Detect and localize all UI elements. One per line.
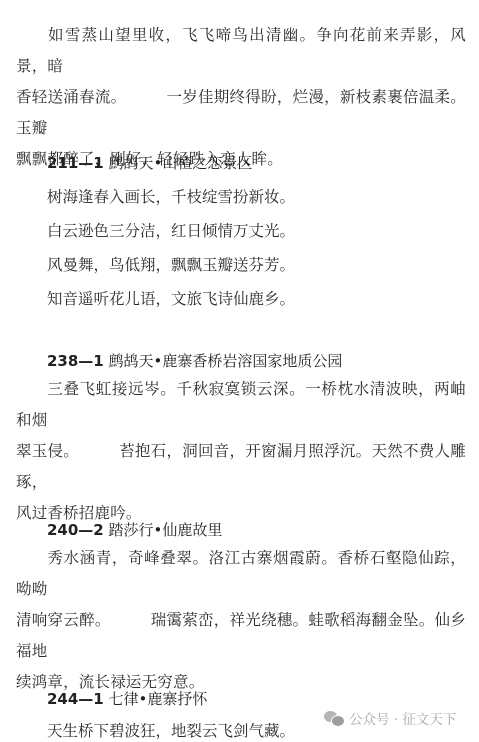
intro-line-2a: 香轻送涌春流。 [16,88,126,106]
verse-line: 知音遥听花儿语，文旅飞诗仙鹿乡。 [47,289,295,309]
section-title: 鹧鸪天•鹿寨香桥岩溶国家地质公园 [109,352,343,370]
watermark-text: 公众号 · 征文天下 [349,708,456,728]
section-title: 鹧鸪天•山楂之恋景区 [109,154,253,172]
verse-line: 树海逢春入画长，千枝绽雪扮新妆。 [47,187,295,207]
verse-line: 风曼舞，鸟低翔，飘飘玉瓣送芬芳。 [47,255,295,275]
wechat-icon [324,711,344,726]
poem-line-1: 三叠飞虹接远岑。千秋寂寞锁云深。一桥枕水清波映，两岫和烟 [16,380,466,429]
poem-paragraph-238-1: 三叠飞虹接远岑。千秋寂寞锁云深。一桥枕水清波映，两岫和烟翠玉侵。苔抱石，洞回音，… [16,374,466,529]
poem-line-2a: 清响穿云醉。 [16,611,111,629]
poem-line-1: 秀水涵青，奇峰叠翠。洛江古寨烟霞蔚。香桥石壑隐仙踪，呦呦 [16,549,466,598]
section-title: 踏莎行•仙鹿故里 [109,521,223,539]
verse-line: 天生桥下碧波狂，地裂云飞剑气藏。 [47,721,295,741]
intro-paragraph: 如雪蒸山望里收，飞飞啼鸟出清幽。争向花前来弄影，风景，暗香轻送涌春流。一岁佳期终… [16,20,466,175]
section-heading-240-2: 240—2 踏莎行•仙鹿故里 [47,520,222,540]
section-heading-244-1: 244—1 七律•鹿寨抒怀 [47,689,207,709]
section-number: 240—2 [47,521,104,539]
section-heading-211-1: 211—1 鹧鸪天•山楂之恋景区 [47,153,252,173]
poem-line-2b: 苔抱石，洞回音，开窗漏月照浮沉。天然不费人雕琢， [16,442,466,491]
poem-paragraph-240-2: 秀水涵青，奇峰叠翠。洛江古寨烟霞蔚。香桥石壑隐仙踪，呦呦清响穿云醉。瑞霭萦峦，祥… [16,543,466,698]
section-number: 211—1 [47,154,104,172]
section-number: 244—1 [47,690,104,708]
intro-line-1: 如雪蒸山望里收，飞飞啼鸟出清幽。争向花前来弄影，风景，暗 [16,26,466,75]
document-page: 如雪蒸山望里收，飞飞啼鸟出清幽。争向花前来弄影，风景，暗香轻送涌春流。一岁佳期终… [0,0,479,742]
watermark: 公众号 · 征文天下 [324,708,456,728]
section-number: 238—1 [47,352,104,370]
poem-line-2a: 翠玉侵。 [16,442,79,460]
section-heading-238-1: 238—1 鹧鸪天•鹿寨香桥岩溶国家地质公园 [47,351,342,371]
verse-line: 白云逊色三分洁，红日倾情万丈光。 [47,221,295,241]
section-title: 七律•鹿寨抒怀 [109,690,208,708]
